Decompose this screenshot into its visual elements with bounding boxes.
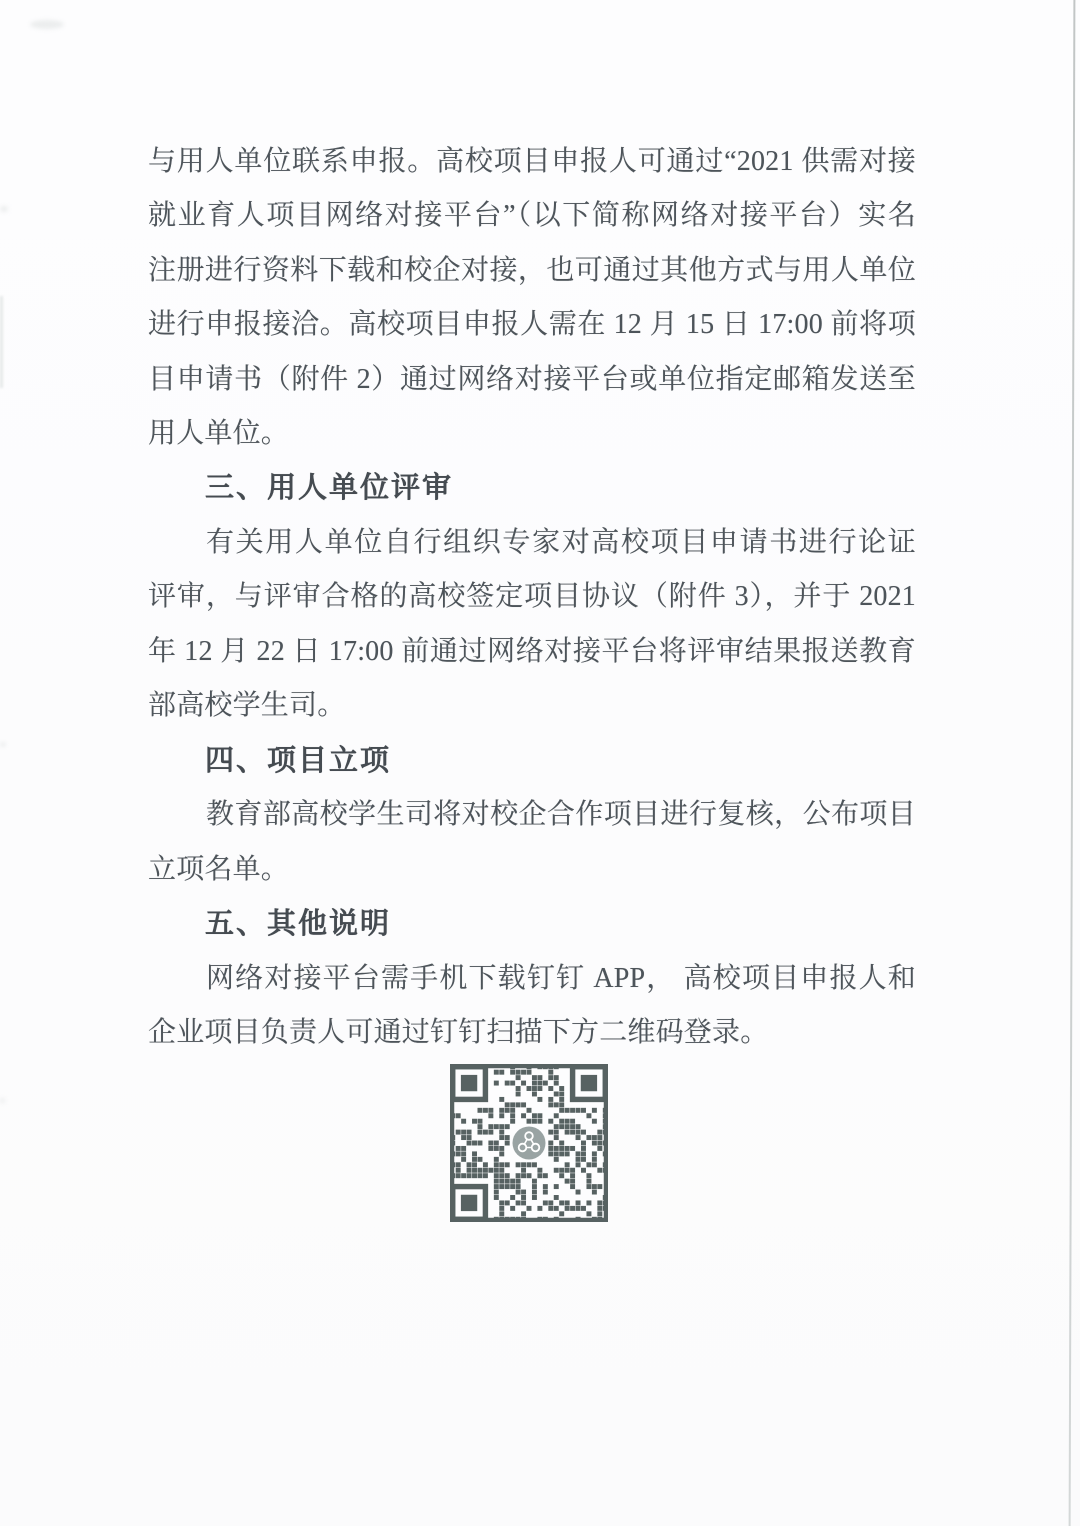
document-line: 评审，与评审合格的高校签定项目协议（附件 3），并于 2021 [148, 580, 916, 614]
scan-artifact [30, 20, 64, 29]
section-heading-other-notes: 五、其他说明 [148, 907, 973, 941]
document-line: 企业项目负责人可通过钉钉扫描下方二维码登录。 [148, 1016, 916, 1050]
document-line: 目申请书（附件 2）通过网络对接平台或单位指定邮箱发送至 [148, 363, 916, 397]
scan-artifact [0, 206, 8, 212]
scan-artifact [0, 296, 3, 388]
scan-artifact [0, 742, 6, 747]
document-line: 进行申报接洽。高校项目申报人需在 12 月 15 日 17:00 前将项 [148, 308, 916, 342]
qr-code [450, 1064, 608, 1222]
document-line: 年 12 月 22 日 17:00 前通过网络对接平台将评审结果报送教育 [148, 635, 916, 669]
page-edge-line [1069, 0, 1076, 1526]
scanned-document-page: 与用人单位联系申报。高校项目申报人可通过“2021 供需对接 就业育人项目网络对… [0, 0, 1080, 1526]
qr-code-image [450, 1064, 608, 1222]
document-line: 教育部高校学生司将对校企合作项目进行复核，公布项目 [148, 798, 916, 832]
document-line: 立项名单。 [148, 853, 916, 887]
document-line: 有关用人单位自行组织专家对高校项目申请书进行论证 [148, 526, 916, 560]
document-line: 网络对接平台需手机下载钉钉 APP， 高校项目申报人和 [148, 962, 916, 996]
scan-artifact [0, 1098, 5, 1103]
document-line: 注册进行资料下载和校企对接，也可通过其他方式与用人单位 [148, 254, 916, 288]
section-heading-project-approval: 四、项目立项 [148, 744, 973, 778]
document-line: 就业育人项目网络对接平台”（以下简称网络对接平台）实名 [148, 199, 916, 233]
section-heading-employer-review: 三、用人单位评审 [148, 471, 973, 505]
document-line: 部高校学生司。 [148, 689, 916, 723]
document-line: 用人单位。 [148, 417, 916, 451]
document-line: 与用人单位联系申报。高校项目申报人可通过“2021 供需对接 [148, 145, 916, 179]
